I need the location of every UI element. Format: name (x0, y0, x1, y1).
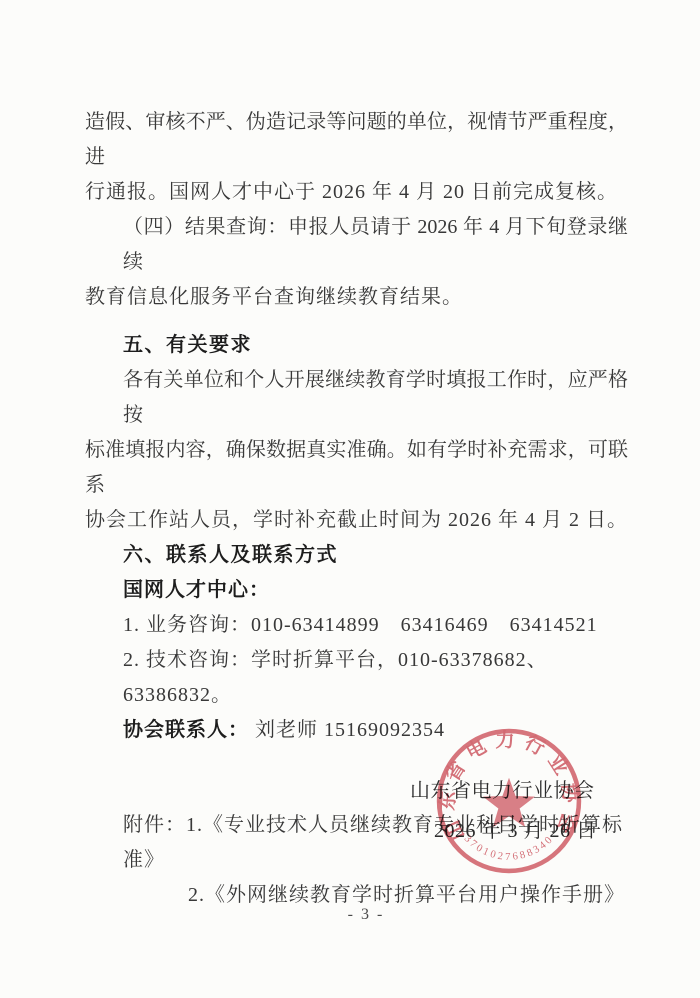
document-page: 造假、审核不严、伪造记录等问题的单位，视情节严重程度，进 行通报。国网人才中心于… (0, 0, 700, 998)
contact-org-title: 国网人才中心： (85, 573, 628, 608)
page-number: - 3 - (0, 906, 700, 924)
contact-person-label: 协会联系人： (123, 719, 249, 741)
contact-person-value: 刘老师 15169092354 (249, 719, 445, 741)
svg-text:3701027688340: 3701027688340 (462, 833, 557, 862)
paragraph-line: （四）结果查询：申报人员请于 2026 年 4 月下旬登录继续 (85, 210, 628, 280)
paragraph-line: 教育信息化服务平台查询继续教育结果。 (85, 280, 628, 315)
attachment-label: 附件： (123, 814, 186, 836)
paragraph-line: 协会工作站人员，学时补充截止时间为 2026 年 4 月 2 日。 (85, 503, 628, 538)
contact-technical-line: 2. 技术咨询：学时折算平台，010-63378682、63386832。 (85, 643, 628, 713)
paragraph-line: 各有关单位和个人开展继续教育学时填报工作时，应严格按 (85, 363, 628, 433)
official-seal-stamp: 山东省电力行业协会 3701027688340 (434, 726, 584, 876)
section-heading-contacts: 六、联系人及联系方式 (85, 538, 628, 573)
contact-business-line: 1. 业务咨询：010-63414899 63416469 63414521 (85, 608, 628, 643)
seal-serial-number: 3701027688340 (462, 833, 557, 862)
paragraph-line: 标准填报内容，确保数据真实准确。如有学时补充需求，可联系 (85, 433, 628, 503)
paragraph-line: 造假、审核不严、伪造记录等问题的单位，视情节严重程度，进 (85, 105, 628, 175)
seal-star-icon (483, 778, 535, 827)
paragraph-line: 行通报。国网人才中心于 2026 年 4 月 20 日前完成复核。 (85, 175, 628, 210)
section-heading-requirements: 五、有关要求 (85, 328, 628, 363)
